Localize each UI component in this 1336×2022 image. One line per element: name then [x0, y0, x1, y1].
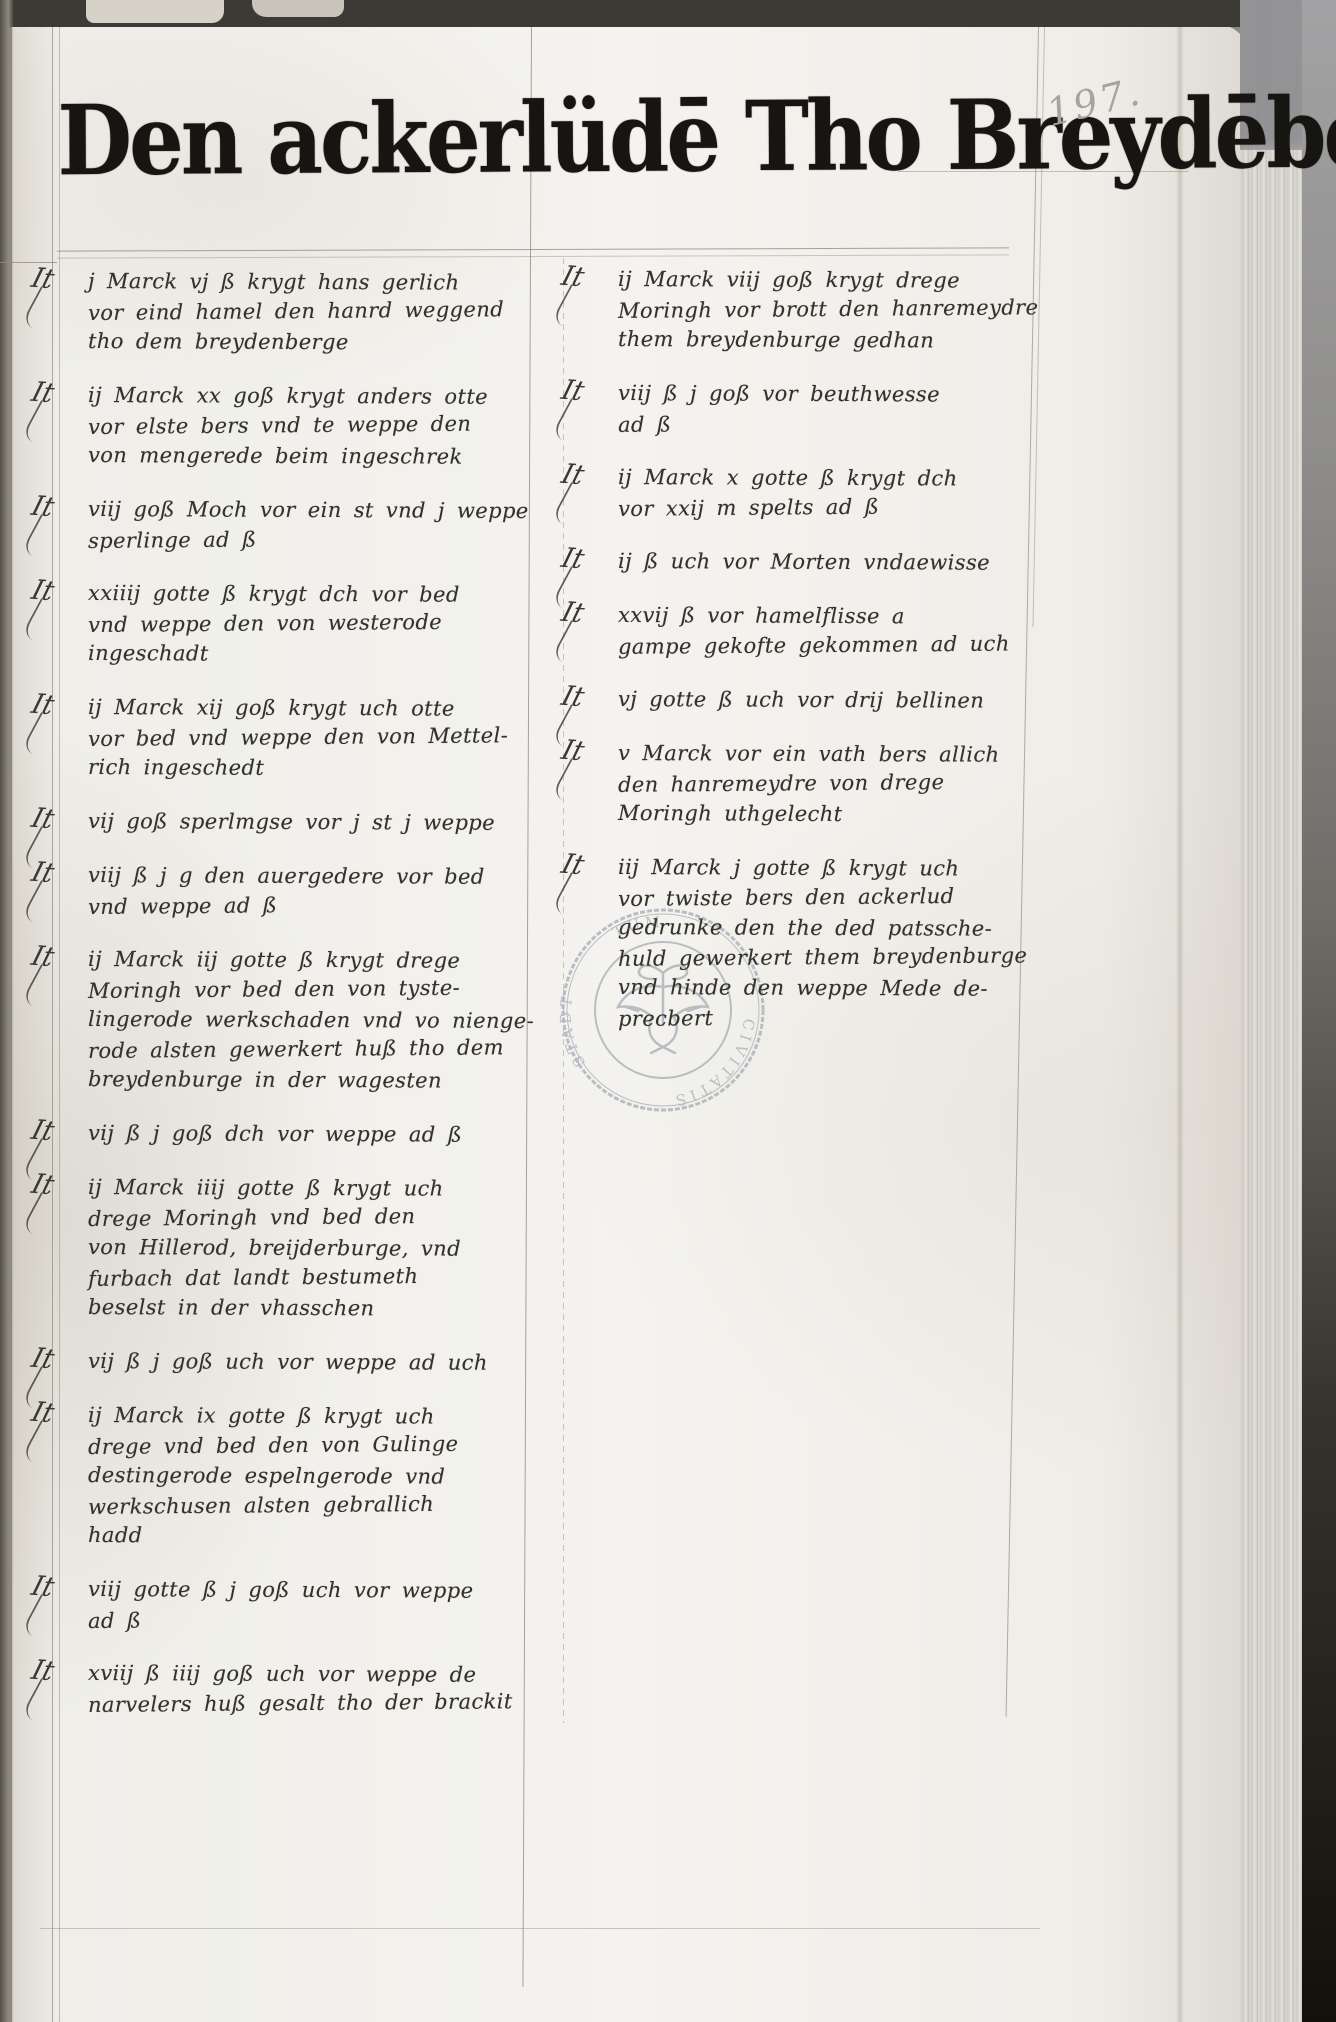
manuscript-line: viij gotte ß j goß uch vor weppe	[88, 1574, 533, 1606]
ledger-entry: Itiij Marck j gotte ß krygt uchvor twist…	[618, 852, 1058, 1032]
manuscript-line: lingerode werkschaden vnd vo nienge-	[88, 1004, 533, 1036]
manuscript-line: tho dem breydenberge	[88, 326, 533, 358]
ledger-column-right: Itij Marck viij goß krygt dregeMoringh v…	[618, 264, 1058, 1056]
manuscript-line: ij Marck xx goß krygt anders otte	[88, 380, 533, 412]
manuscript-line: viij goß Moch vor ein st vnd j weppe	[88, 494, 533, 526]
manuscript-line: huld gewerkert them breydenburge	[618, 940, 1058, 974]
manuscript-line: them breydenburge gedhan	[618, 324, 1058, 356]
manuscript-line: von Hillerod, breijderburge, vnd	[88, 1232, 533, 1264]
manuscript-line: viij ß j g den auergedere vor bed	[88, 860, 533, 892]
manuscript-line: xviij ß iiij goß uch vor weppe de	[88, 1658, 533, 1690]
ledger-column-left: Itj Marck vj ß krygt hans gerlichvor ein…	[88, 266, 533, 1742]
ledger-entry: Itviij ß j g den auergedere vor bedvnd w…	[88, 860, 533, 920]
manuscript-scan: { "page": { "title": "Den ackerlüdē Tho …	[0, 0, 1336, 2022]
ledger-entry: Itij Marck xx goß krygt anders ottevor e…	[88, 380, 533, 470]
manuscript-line: vnd hinde den weppe Mede de-	[618, 972, 1058, 1004]
manuscript-line: rich ingeschedt	[88, 752, 533, 784]
ledger-entry: Itvj gotte ß uch vor drij bellinen	[618, 684, 1058, 714]
manuscript-line: vij ß j goß dch vor weppe ad ß	[88, 1118, 533, 1150]
manuscript-line: ij Marck xij goß krygt uch otte	[88, 692, 533, 724]
ledger-entry: Itv Marck vor ein vath bers allichden ha…	[618, 738, 1058, 828]
manuscript-line: vnd weppe ad ß	[88, 888, 533, 922]
ledger-entry: Itviij ß j goß vor beuthwessead ß	[618, 378, 1058, 438]
manuscript-line: vnd weppe den von westerode	[88, 606, 533, 640]
manuscript-line: ad ß	[618, 406, 1058, 440]
page-title: Den ackerlüdē Tho Breydēberge	[57, 79, 1016, 247]
page-stack-edge	[1240, 0, 1302, 2022]
manuscript-line: vj gotte ß uch vor drij bellinen	[618, 684, 1058, 716]
manuscript-line: breydenburge in der wagesten	[88, 1064, 533, 1096]
manuscript-line: drege Moringh vnd bed den	[88, 1200, 533, 1234]
manuscript-line: furbach dat landt bestumeth	[88, 1260, 533, 1294]
manuscript-line: vor bed vnd weppe den von Mettel-	[88, 720, 533, 754]
ledger-entry: Itviij gotte ß j goß uch vor weppead ß	[88, 1574, 533, 1634]
manuscript-line: destingerode espelngerode vnd	[88, 1460, 533, 1492]
paper-fragment	[86, 0, 224, 23]
ledger-entry: Itvij ß j goß uch vor weppe ad uch	[88, 1346, 533, 1376]
manuscript-line: ij Marck ix gotte ß krygt uch	[88, 1400, 533, 1432]
manuscript-line: ingeschadt	[88, 638, 533, 670]
manuscript-line: xxvij ß vor hamelflisse a	[618, 600, 1058, 632]
manuscript-line: v Marck vor ein vath bers allich	[618, 738, 1058, 770]
ledger-entry: Itij Marck iij gotte ß krygt dregeMoring…	[88, 944, 533, 1094]
manuscript-line: vor twiste bers den ackerlud	[618, 880, 1058, 914]
manuscript-line: gedrunke den the ded patssche-	[618, 912, 1058, 944]
manuscript-line: rode alsten gewerkert huß tho dem	[88, 1032, 533, 1066]
manuscript-line: werkschusen alsten gebrallich	[88, 1488, 533, 1522]
manuscript-line: vij goß sperlmgse vor j st j weppe	[88, 806, 533, 838]
ledger-entry: Itj Marck vj ß krygt hans gerlichvor ein…	[88, 266, 533, 356]
manuscript-line: Moringh vor brott den hanremeydre	[618, 292, 1058, 326]
manuscript-line: ij ß uch vor Morten vndaewisse	[618, 546, 1058, 578]
ledger-entry: Itvij ß j goß dch vor weppe ad ß	[88, 1118, 533, 1148]
ruled-line-left-margin	[52, 27, 53, 2022]
ledger-entry: Itviij goß Moch vor ein st vnd j weppesp…	[88, 494, 533, 554]
ledger-entry: Itxviij ß iiij goß uch vor weppe denarve…	[88, 1658, 533, 1718]
bottom-rule	[40, 1928, 1040, 1929]
manuscript-line: von mengerede beim ingeschrek	[88, 440, 533, 472]
manuscript-line: vij ß j goß uch vor weppe ad uch	[88, 1346, 533, 1378]
manuscript-line: xxiiij gotte ß krygt dch vor bed	[88, 578, 533, 610]
manuscript-line: viij ß j goß vor beuthwesse	[618, 378, 1058, 410]
manuscript-line: vor xxij m spelts ad ß	[618, 490, 1058, 524]
ledger-entry: Itij Marck x gotte ß krygt dchvor xxij m…	[618, 462, 1058, 522]
ledger-entry: Itij Marck viij goß krygt dregeMoringh v…	[618, 264, 1058, 354]
manuscript-line: j Marck vj ß krygt hans gerlich	[88, 266, 533, 298]
manuscript-line: ij Marck iiij gotte ß krygt uch	[88, 1172, 533, 1204]
manuscript-line: ad ß	[88, 1602, 533, 1636]
manuscript-line: ij Marck iij gotte ß krygt drege	[88, 944, 533, 976]
manuscript-line: beselst in der vhasschen	[88, 1292, 533, 1324]
page-fold-crease	[1176, 24, 1184, 2022]
ledger-entry: Itij Marck xij goß krygt uch ottevor bed…	[88, 692, 533, 782]
manuscript-line: vor eind hamel den hanrd weggend	[88, 294, 533, 328]
ruled-line-left-margin	[59, 27, 60, 2022]
paper-fragment	[252, 0, 344, 17]
manuscript-line: sperlinge ad ß	[88, 522, 533, 556]
manuscript-line: gampe gekofte gekommen ad uch	[618, 628, 1058, 662]
manuscript-line: den hanremeydre von drege	[618, 766, 1058, 800]
ledger-entry: Itij Marck ix gotte ß krygt uchdrege vnd…	[88, 1400, 533, 1550]
manuscript-line: Moringh vor bed den von tyste-	[88, 972, 533, 1006]
manuscript-line: hadd	[88, 1520, 533, 1552]
binding-shadow	[0, 0, 14, 2022]
ledger-entry: Itij Marck iiij gotte ß krygt uchdrege M…	[88, 1172, 533, 1322]
manuscript-line: Moringh uthgelecht	[618, 798, 1058, 830]
manuscript-line: ij Marck x gotte ß krygt dch	[618, 462, 1058, 494]
manuscript-line: drege vnd bed den von Gulinge	[88, 1428, 533, 1462]
ledger-entry: Itvij goß sperlmgse vor j st j weppe	[88, 806, 533, 836]
manuscript-line: ij Marck viij goß krygt drege	[618, 264, 1058, 296]
ledger-entry: Itxxvij ß vor hamelflisse agampe gekofte…	[618, 600, 1058, 660]
manuscript-line: narvelers huß gesalt tho der brackit	[88, 1686, 533, 1720]
stamp-arc-left: STADT	[557, 992, 590, 1071]
ledger-entry: Itxxiiij gotte ß krygt dch vor bedvnd we…	[88, 578, 533, 668]
manuscript-line: iij Marck j gotte ß krygt uch	[618, 852, 1058, 884]
manuscript-line: vor elste bers vnd te weppe den	[88, 408, 533, 442]
manuscript-line: precbert	[618, 1000, 1058, 1034]
ledger-entry: Itij ß uch vor Morten vndaewisse	[618, 546, 1058, 576]
